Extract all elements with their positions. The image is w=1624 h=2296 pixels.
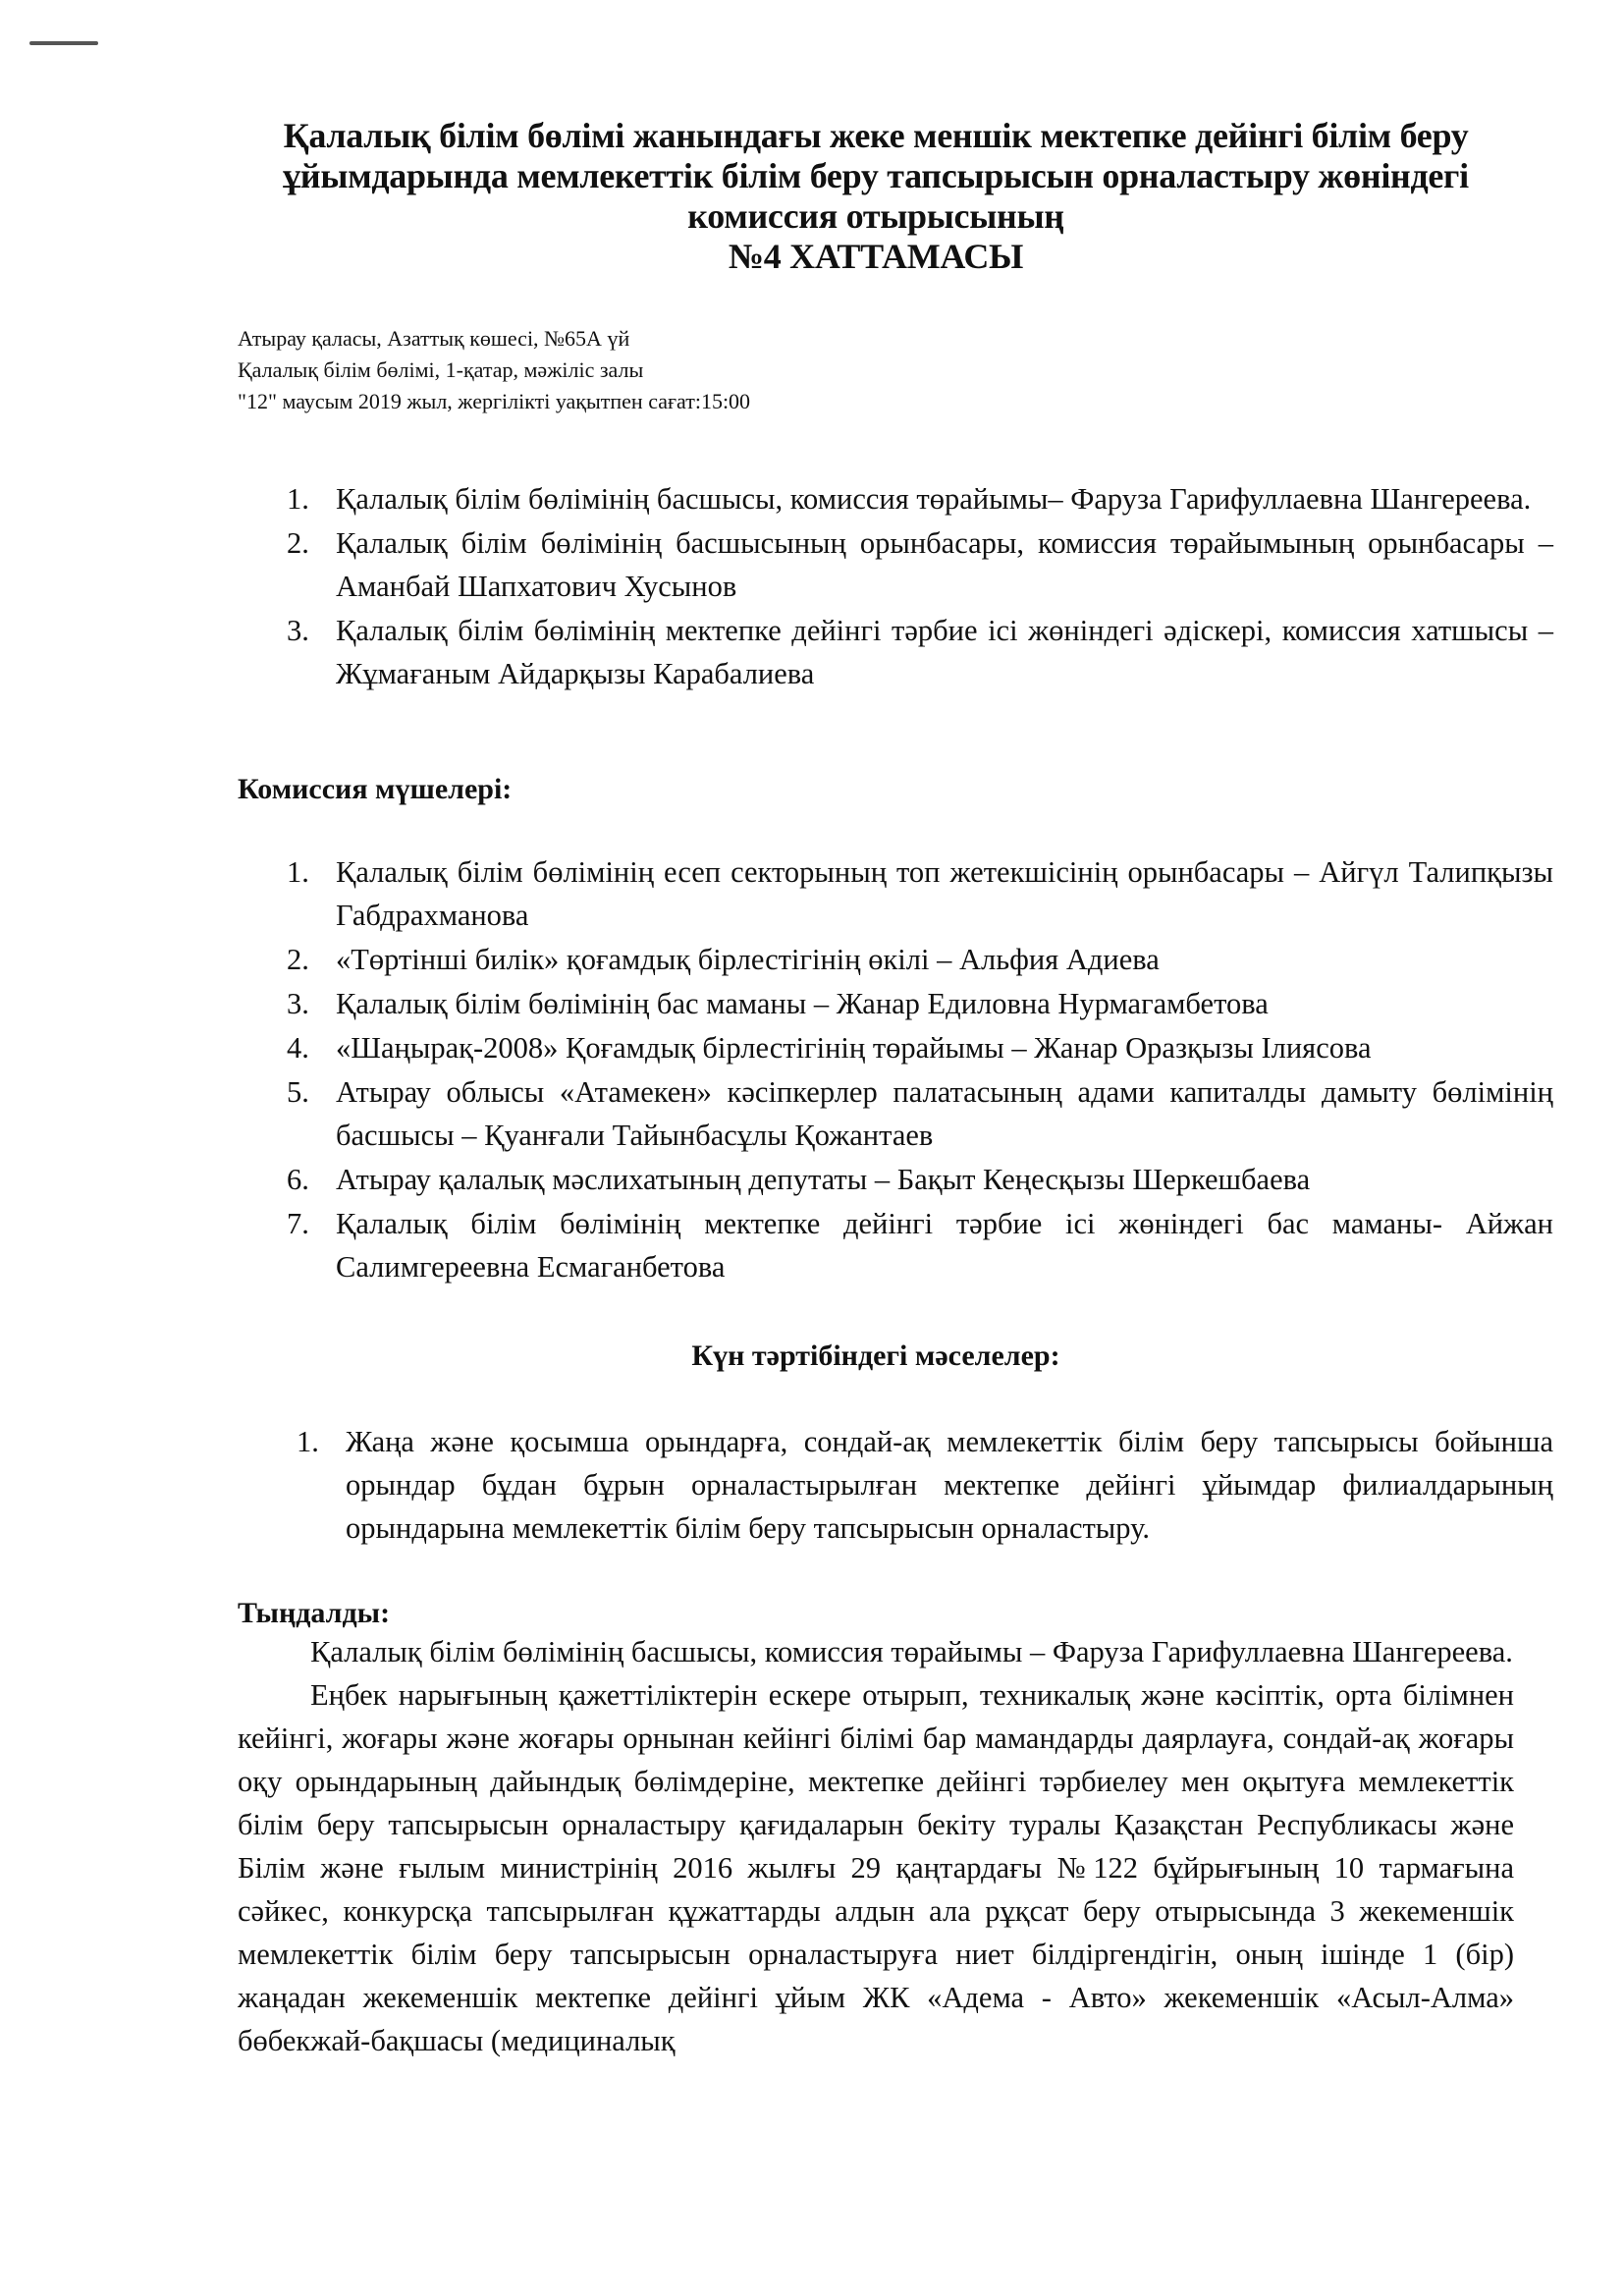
list-item: 2.Қалалық білім бөлімінің басшысының оры…	[287, 521, 1553, 608]
meeting-datetime: "12" маусым 2019 жыл, жергілікті уақытпе…	[238, 386, 750, 417]
scan-mark	[29, 41, 98, 45]
members-heading: Комиссия мүшелері:	[238, 773, 512, 806]
paragraph: Қалалық білім бөлімінің басшысы, комисси…	[238, 1630, 1514, 1673]
agenda-heading: Күн тәртібіндегі мәселелер:	[238, 1339, 1514, 1373]
title-line: ұйымдарында мемлекеттік білім беру тапсы…	[238, 156, 1514, 196]
list-item: 6.Атырау қалалық мәслихатының депутаты –…	[287, 1158, 1553, 1201]
list-item: 1.Қалалық білім бөлімінің есеп секторыны…	[287, 850, 1553, 937]
list-item: 4.«Шаңырақ-2008» Қоғамдық бірлестігінің …	[287, 1026, 1553, 1069]
title-line: Қалалық білім бөлімі жанындағы жеке менш…	[238, 116, 1514, 156]
paragraph: Еңбек нарығының қажеттіліктерін ескере о…	[238, 1673, 1514, 2062]
meeting-details: Атырау қаласы, Азаттық көшесі, №65А үй Қ…	[238, 323, 750, 417]
list-item: 1.Жаңа және қосымша орындарға, сондай-ақ…	[297, 1420, 1553, 1550]
heard-heading: Тыңдалды:	[238, 1597, 390, 1630]
meeting-room: Қалалық білім бөлімі, 1-қатар, мәжіліс з…	[238, 355, 750, 386]
list-item: 1.Қалалық білім бөлімінің басшысы, комис…	[287, 477, 1553, 520]
meeting-address: Атырау қаласы, Азаттық көшесі, №65А үй	[238, 323, 750, 355]
list-item: 5.Атырау облысы «Атамекен» кәсіпкерлер п…	[287, 1070, 1553, 1157]
document-title: Қалалық білім бөлімі жанындағы жеке менш…	[238, 116, 1514, 277]
list-item: 3.Қалалық білім бөлімінің мектепке дейін…	[287, 609, 1553, 695]
protocol-number: №4 ХАТТАМАСЫ	[238, 237, 1514, 277]
list-item: 7.Қалалық білім бөлімінің мектепке дейін…	[287, 1202, 1553, 1288]
heard-body: Қалалық білім бөлімінің басшысы, комисси…	[238, 1630, 1514, 2062]
chair-list: 1.Қалалық білім бөлімінің басшысы, комис…	[287, 477, 1553, 696]
list-item: 3.Қалалық білім бөлімінің бас маманы – Ж…	[287, 982, 1553, 1025]
members-list: 1.Қалалық білім бөлімінің есеп секторыны…	[287, 850, 1553, 1289]
list-item: 2.«Төртінші билік» қоғамдық бірлестігіні…	[287, 938, 1553, 981]
title-line: комиссия отырысының	[238, 196, 1514, 237]
agenda-list: 1.Жаңа және қосымша орындарға, сондай-ақ…	[297, 1420, 1553, 1551]
